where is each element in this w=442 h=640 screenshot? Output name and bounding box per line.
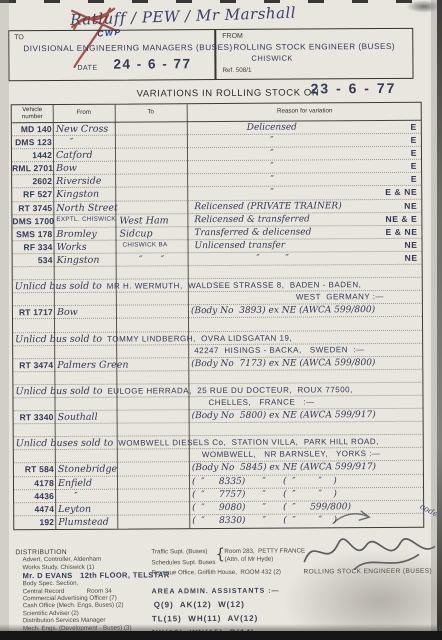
cell-vehicle: RT 3474 bbox=[13, 360, 53, 370]
cell-from: Bromley bbox=[56, 229, 96, 240]
cell-reason: ″ bbox=[187, 161, 357, 172]
scan-shadow-left bbox=[0, 0, 9, 640]
address-box: TO DIVISIONAL ENGINEERING MANAGERS (BUSE… bbox=[8, 28, 413, 81]
cell-vehicle: SMS 178 bbox=[12, 229, 52, 239]
cell-body-number: (Body No 3893) ex NE (AWCA 599/800) bbox=[191, 305, 375, 316]
admin-assistants-header: AREA ADMIN. ASSISTANTS :— bbox=[152, 588, 280, 596]
cell-from: ″ bbox=[74, 491, 78, 502]
note-buyer: WOMBWELL DIESELS Co, STATION VILLA, PARK… bbox=[118, 437, 379, 448]
cell-vehicle: 4178 bbox=[14, 478, 54, 488]
cell-body-number: ( ″ 8335) ″ ( ″ ″ ) bbox=[192, 476, 337, 487]
cell-body-number: ( ″ 7757) ″ ( ″ ″ ) bbox=[192, 489, 337, 500]
cell-code: NE & E bbox=[385, 213, 417, 223]
cell-vehicle: MD 140 bbox=[12, 124, 52, 134]
cell-from: New Cross bbox=[56, 124, 108, 135]
scan-edge-right bbox=[437, 0, 442, 640]
revenue-office-line: Revenue Office, Griffith House, ROOM 432… bbox=[152, 569, 281, 577]
address-box-divider bbox=[214, 30, 216, 79]
cell-to: CHISWICK BA bbox=[123, 241, 168, 248]
to-label: TO bbox=[14, 34, 24, 41]
cell-reason: Relicensed (PRIVATE TRAINER) bbox=[194, 201, 341, 212]
cell-code: E bbox=[411, 174, 417, 184]
scan-edge-bottom-fade bbox=[0, 624, 442, 631]
scan-edge-bottom bbox=[0, 631, 442, 640]
cell-from: Kingston bbox=[56, 189, 99, 200]
cell-reason: Relicensed & transferred bbox=[194, 214, 310, 225]
cell-vehicle: RT 3340 bbox=[14, 412, 54, 422]
cell-vehicle: RT 1717 bbox=[13, 307, 53, 317]
arrow-scrawl bbox=[331, 507, 379, 529]
note-buyer: MR H. WERMUTH, WALDSEE STRASSE 8, BADEN … bbox=[107, 280, 362, 291]
cell-vehicle: 2602 bbox=[12, 176, 52, 186]
note-intro: Unlicd buses sold to bbox=[16, 438, 114, 450]
cell-to: West Ham bbox=[119, 215, 168, 226]
header-from: From bbox=[53, 110, 115, 117]
from-location: CHISWICK bbox=[251, 54, 293, 63]
cell-from: Plumstead bbox=[58, 517, 109, 528]
cell-from: Bow bbox=[56, 163, 77, 174]
cell-code: E bbox=[411, 135, 417, 145]
scan-edge-top bbox=[0, 0, 442, 3]
scan-shadow-bottom-right bbox=[288, 552, 442, 634]
cell-reason: ″ bbox=[187, 135, 357, 146]
note-intro: Unlicd bus sold to bbox=[15, 333, 102, 345]
cell-vehicle: DMS 1700 bbox=[12, 216, 52, 226]
note-intro: Unlicd bus sold to bbox=[15, 386, 102, 398]
cell-reason: ″ bbox=[187, 148, 357, 159]
date-label: DATE bbox=[77, 65, 97, 72]
note-intro: Unlicd bus sold to bbox=[15, 281, 102, 293]
cell-from: Enfield bbox=[58, 477, 92, 488]
cell-code: E & NE bbox=[385, 187, 417, 197]
cell-from: ″ bbox=[70, 137, 74, 148]
cell-from: Bow bbox=[57, 307, 78, 318]
cell-vehicle: DMS 123 bbox=[12, 137, 52, 147]
table-rows: MD 140 New Cross Delicensed E DMS 123 ″ … bbox=[12, 121, 423, 529]
note-buyer-cont: 42247 HISINGS - BACKA, SWEDEN :— bbox=[194, 345, 365, 355]
cell-to: ″ ″ bbox=[116, 254, 188, 265]
cell-body-number: (Body No 5845) ex NE (AWCA 599/917) bbox=[192, 462, 376, 473]
cell-vehicle: RT 584 bbox=[14, 464, 54, 474]
cell-from: EXPTL. CHISWICK bbox=[56, 215, 115, 222]
cell-vehicle: RF 334 bbox=[13, 242, 53, 252]
cell-from: Southall bbox=[58, 412, 98, 423]
cell-reason: Delicensed bbox=[187, 122, 357, 133]
cell-vehicle: RF 527 bbox=[12, 189, 52, 199]
cell-vehicle: 4436 bbox=[14, 491, 54, 501]
admin-codes-row: Q(9) AK(12) W(12) bbox=[154, 600, 245, 610]
header-to: To bbox=[115, 109, 187, 116]
from-label: FROM bbox=[222, 33, 243, 40]
cell-code: E & NE bbox=[385, 227, 417, 237]
note-buyer-cont: WOMBWELL, NR BARNSLEY, YORKS :— bbox=[202, 449, 381, 459]
cell-vehicle: 534 bbox=[13, 255, 53, 265]
cell-code: NE bbox=[404, 240, 417, 250]
note-buyer: TOMMY LINDBERGH, OVRA LIDSGATAN 19, bbox=[107, 333, 292, 343]
variations-table: Vehicle number From To Reason for variat… bbox=[11, 102, 425, 531]
memo-sheet: Ratluff / PEW / Mr Marshall CWP TO DIVIS… bbox=[0, 0, 442, 640]
traffic-supt-line: Traffic Supt. (Buses) bbox=[151, 548, 207, 555]
cell-reason: ″ bbox=[187, 188, 357, 199]
cell-from: Riverside bbox=[56, 176, 101, 187]
cell-from: Kingston bbox=[57, 255, 100, 266]
to-value: DIVISIONAL ENGINEERING MANAGERS (BUSES) bbox=[23, 43, 232, 53]
cell-vehicle: 4474 bbox=[14, 504, 54, 514]
page-title-date: 23 - 6 - 77 bbox=[311, 80, 397, 97]
note-buyer-cont: CHELLES, FRANCE :— bbox=[208, 397, 314, 407]
cell-vehicle: 1442 bbox=[12, 150, 52, 160]
cell-from: Leyton bbox=[58, 504, 91, 515]
cell-body-number: (Body No 7173) ex NE (AWCA 599/800) bbox=[191, 358, 375, 369]
cell-code: E bbox=[411, 161, 417, 171]
from-value: ROLLING STOCK ENGINEER (BUSES) bbox=[233, 42, 395, 52]
traffic-attn-line: (Attn. of Mr Hyde) bbox=[224, 556, 273, 563]
admin-codes-row: TL(15) WH(11) AV(12) bbox=[152, 614, 259, 624]
cell-from: Catford bbox=[56, 150, 93, 161]
cell-code: E bbox=[411, 122, 417, 132]
cell-code: NE bbox=[404, 200, 417, 210]
date-value: 24 - 6 - 77 bbox=[113, 56, 191, 71]
scanned-memo-page: Ratluff / PEW / Mr Marshall CWP TO DIVIS… bbox=[0, 0, 442, 640]
cell-reason: Transferred & delicensed bbox=[194, 227, 311, 238]
cell-vehicle: RML 2701 bbox=[12, 163, 52, 173]
cell-reason: ″ ″ bbox=[188, 253, 358, 264]
cell-from: Works bbox=[57, 242, 87, 253]
cell-to: Sidcup bbox=[119, 228, 152, 239]
header-reason: Reason for variation bbox=[187, 108, 423, 116]
note-buyer: EULOGE HERRADA, 25 RUE DU DOCTEUR, ROUX … bbox=[107, 385, 352, 395]
cell-body-number: (Body No 5800) ex NE (AWCA 599/917) bbox=[192, 410, 376, 421]
cell-from: North Street bbox=[56, 202, 118, 213]
cell-reason: ″ bbox=[187, 175, 357, 186]
cell-code: NE bbox=[405, 253, 418, 263]
schedules-supt-line: Schedules Supt. Buses bbox=[151, 559, 215, 566]
cell-from: Stonebridge bbox=[58, 464, 117, 475]
cell-body-number: ( ″ 9080) ″ ( ″ 599/800) bbox=[192, 502, 351, 513]
cell-vehicle: 192 bbox=[14, 517, 54, 527]
header-vehicle: Vehicle number bbox=[12, 107, 53, 120]
page-title: VARIATIONS IN ROLLING STOCK ON bbox=[137, 87, 320, 99]
cell-reason: Unlicensed transfer bbox=[195, 240, 286, 251]
ref-number: Ref. 508/1 bbox=[222, 67, 251, 74]
note-buyer-cont: WEST GERMANY :— bbox=[296, 292, 384, 302]
cell-from: Palmers Green bbox=[57, 359, 128, 370]
cell-code: E bbox=[411, 148, 417, 158]
cell-vehicle: RT 3745 bbox=[12, 203, 52, 213]
